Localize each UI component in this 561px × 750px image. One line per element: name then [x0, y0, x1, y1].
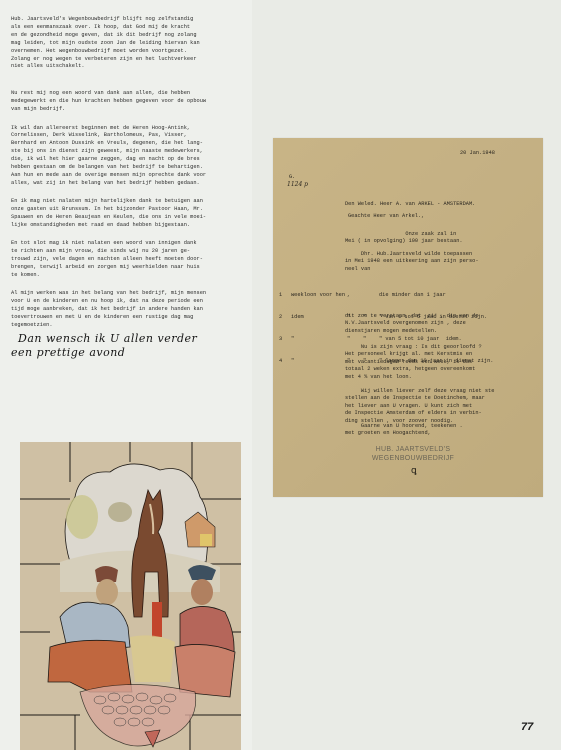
letter-ref-handwritten: 1124 p: [287, 181, 308, 188]
bonus-row: 1weekloon voor hen,die minder dan 1 jaar: [279, 292, 493, 299]
business-letter: 20 Jan.1948 G. 1124 p Den Weled. Heer A.…: [273, 138, 543, 497]
paragraph-wife-thanks: En tot slot mag ik niet nalaten een woor…: [11, 240, 251, 280]
road-workers-painting: [20, 442, 241, 750]
letter-paragraph-3: dit zoo te verstaan, dat zij , die van d…: [345, 313, 535, 335]
letter-addressee: Den Weled. Heer A. van ARKEL - AMSTERDAM…: [345, 201, 475, 208]
paragraph-company: Hub. Jaartsveld's Wegenbouwbedrijf blijf…: [11, 16, 251, 71]
handwritten-closing: Dan wensch ik U allen verder een prettig…: [11, 332, 251, 360]
letter-date: 20 Jan.1948: [460, 150, 495, 157]
paragraph-guests-thanks: En ik mag niet nalaten mijn hartelijken …: [11, 198, 251, 230]
letter-salutation: Geachte Heer van Arkel.,: [348, 213, 424, 220]
signature: ꝗ: [411, 468, 417, 475]
paragraph-staff-thanks: Ik wil dan allereerst beginnen met de He…: [11, 125, 251, 188]
letter-paragraph-2: Dhr. Hub.Jaartsveld wilde toepassen in M…: [345, 251, 535, 273]
letter-paragraph-1: Onze zaak zal in Mei ( in opvolging) 100…: [345, 231, 535, 246]
watercolor-illustration: [20, 442, 241, 750]
paragraph-thanks-intro: Nu rest mij nog een woord van dank aan a…: [11, 90, 251, 114]
handwritten-line-1: Dan wensch ik U allen verder: [11, 332, 251, 346]
letter-paragraph-6: Gaarne van U hoorend, teekenen . met gro…: [345, 423, 535, 438]
bonus-row: 3"""" van 5 tot 10 jaar idem.: [279, 336, 493, 343]
paragraph-closing: Al mijn werken was in het belang van het…: [11, 290, 251, 330]
handwritten-line-2: een prettige avond: [11, 346, 251, 360]
page-number: 77: [521, 721, 533, 733]
letter-paragraph-4: Nu is zijn vraag : Is dit geoorloofd ? H…: [345, 344, 535, 381]
company-stamp: HUB. JAARTSVELD'S WEGENBOUWBEDRIJF: [363, 445, 463, 463]
letter-paragraph-5: Wij willen liever zelf deze vraag niet s…: [345, 388, 535, 425]
typed-text-block: Hub. Jaartsveld's Wegenbouwbedrijf blijf…: [11, 16, 251, 360]
